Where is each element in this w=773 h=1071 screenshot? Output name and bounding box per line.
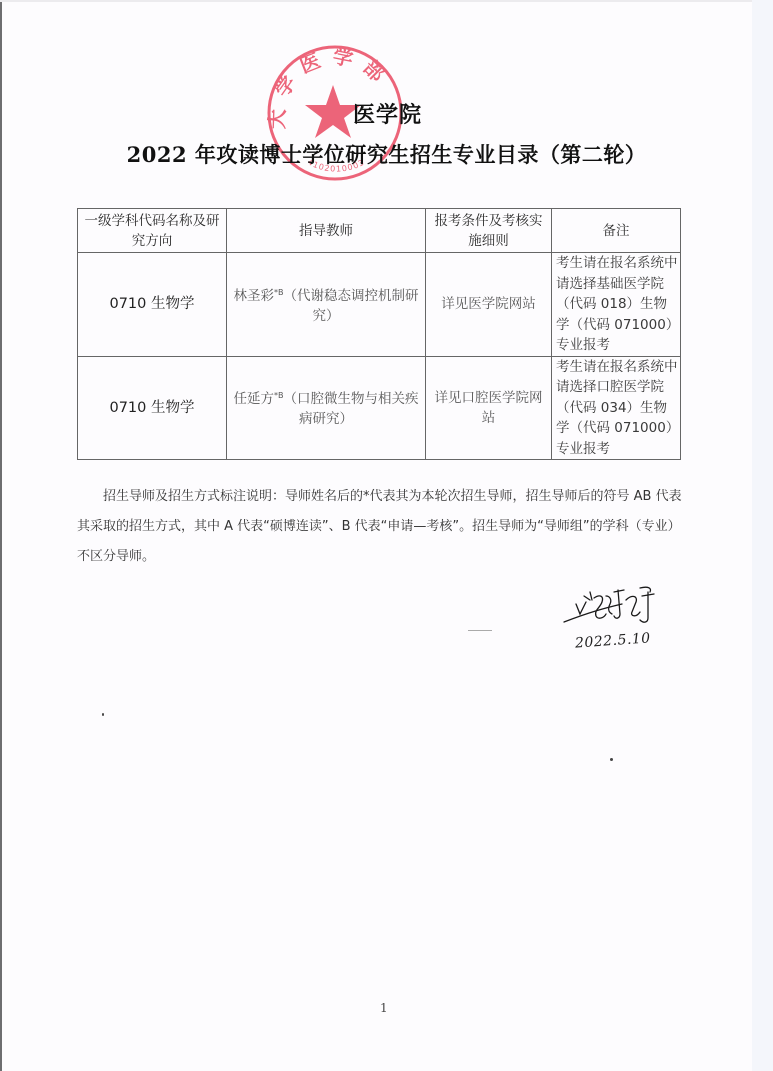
cell-supervisor: 任延方*B（口腔微生物与相关疾病研究） [227,356,426,460]
supervisor-name: 任延方 [234,391,275,407]
cell-discipline: 0710 生物学 [78,356,227,460]
column-header-remarks: 备注 [552,209,681,253]
scan-speck [468,630,492,631]
table-row: 0710 生物学 任延方*B（口腔微生物与相关疾病研究） 详见口腔医学院网站 考… [78,356,681,460]
scan-speck [102,713,104,716]
unit-title: 医学院 [0,98,773,129]
cell-conditions: 详见口腔医学院网站 [426,356,552,460]
signature-date: 2022.5.10 [575,630,652,651]
scan-speck [610,758,613,761]
cell-conditions: 详见医学院网站 [426,253,552,357]
supervisor-mark: *B [274,288,284,297]
admission-catalog-table: 一级学科代码名称及研究方向 指导教师 报考条件及考核实施细则 备注 0710 生… [77,208,681,460]
supervisor-mark: *B [274,391,284,400]
scan-edge-top [0,0,773,2]
cell-supervisor: 林圣彩*B（代谢稳态调控机制研究） [227,253,426,357]
cell-remarks: 考生请在报名系统中请选择基础医学院（代码 018）生物学（代码 071000）专… [552,253,681,357]
annotation-note: 招生导师及招生方式标注说明：导师姓名后的*代表其为本轮次招生导师，招生导师后的符… [77,482,687,572]
page-number: 1 [380,1001,388,1015]
cell-discipline: 0710 生物学 [78,253,227,357]
table-header-row: 一级学科代码名称及研究方向 指导教师 报考条件及考核实施细则 备注 [78,209,681,253]
document-title: 2022 年攻读博士学位研究生招生专业目录（第二轮） [0,139,773,169]
supervisor-name: 林圣彩 [234,288,275,304]
handwritten-signature-icon [560,582,670,626]
research-direction: （代谢稳态调控机制研究） [284,288,419,324]
column-header-supervisor: 指导教师 [227,209,426,253]
column-header-conditions: 报考条件及考核实施细则 [426,209,552,253]
column-header-discipline: 一级学科代码名称及研究方向 [78,209,227,253]
table-row: 0710 生物学 林圣彩*B（代谢稳态调控机制研究） 详见医学院网站 考生请在报… [78,253,681,357]
cell-remarks: 考生请在报名系统中请选择口腔医学院（代码 034）生物学（代码 071000）专… [552,356,681,460]
research-direction: （口腔微生物与相关疾病研究） [284,391,419,427]
